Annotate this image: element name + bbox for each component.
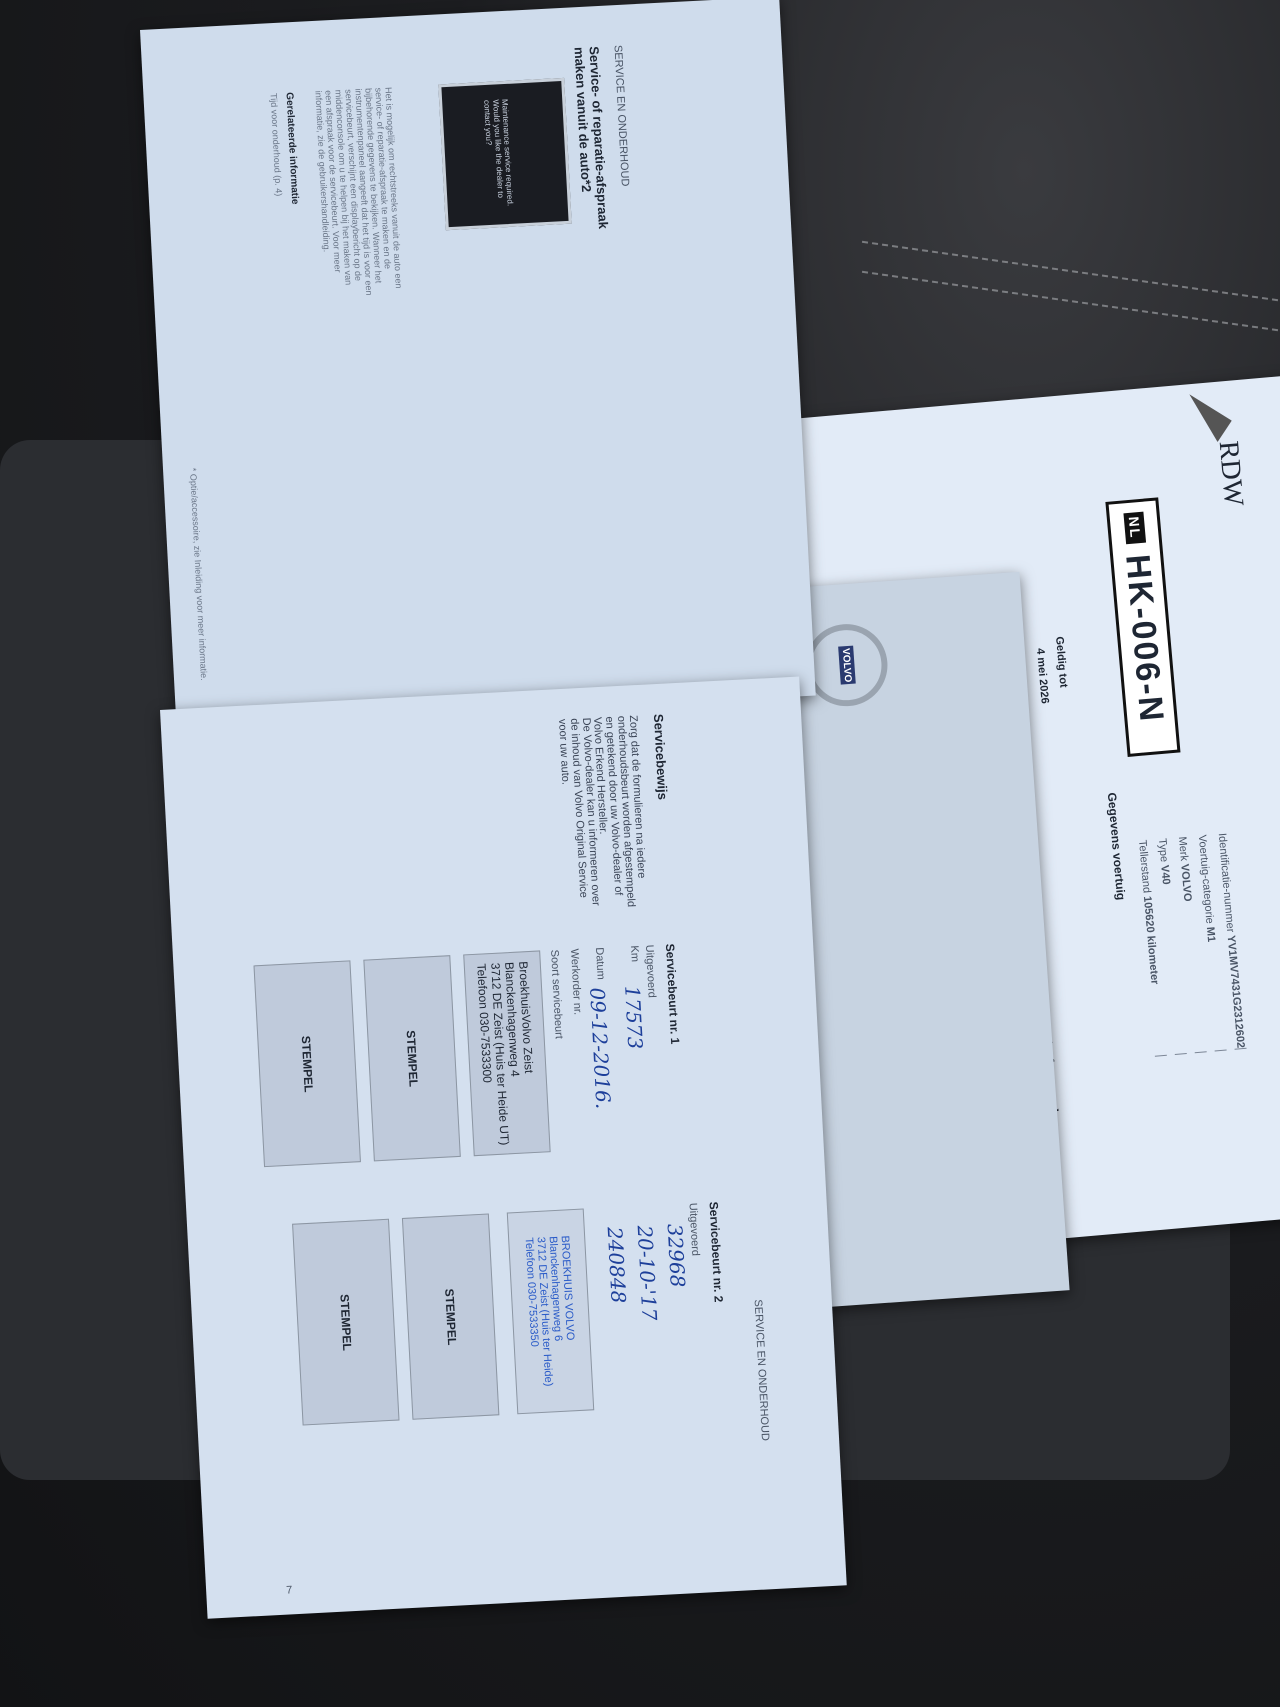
service-2-km: 32968 — [663, 1223, 690, 1288]
plate-country: NL — [1123, 512, 1146, 544]
booklet-page-top: SERVICE EN ONDERHOUD Service- of reparat… — [140, 0, 816, 729]
service-1-km: 17573 — [620, 985, 647, 1050]
infotainment-screen-image: Maintenance service required. Would you … — [438, 78, 571, 230]
page-header: SERVICE EN ONDERHOUD — [752, 1299, 771, 1441]
volvo-logo-icon: VOLVO — [803, 621, 891, 709]
page-number: 7 — [286, 1584, 293, 1596]
rdw-feather-logo-icon — [1189, 391, 1233, 444]
service-2-extra-stamp-box: STEMPEL — [402, 1213, 499, 1419]
service-1-dealer-stamp: BroekhuisVolvo Zeist Blanckenhagenweg 4 … — [463, 950, 550, 1156]
valid-until-label: Geldig tot — [1053, 636, 1069, 688]
service-2-date: 20-10-'17 — [633, 1225, 662, 1322]
plate-number: HK-006-N — [1118, 553, 1171, 725]
related-info-title: Gerelateerde informatie — [283, 92, 300, 205]
service-1-extra-stamp-box: STEMPEL — [363, 955, 460, 1161]
service-1-date: 09-12-2016. — [585, 987, 615, 1110]
related-info-link[interactable]: Tijd voor onderhoud (p. 4) — [268, 93, 283, 197]
valid-until-date: 4 mei 2026 — [1034, 648, 1051, 704]
body-text: Het is mogelijk om rechtstreeks vanuit d… — [313, 87, 404, 301]
service-1-remark-box: STEMPEL — [253, 960, 360, 1167]
service-2-work-order: 240848 — [603, 1226, 631, 1304]
service-2-dealer-stamp: BROEKHUIS VOLVO Blanckenhagenweg 6 3712 … — [507, 1209, 594, 1415]
page-header: SERVICE EN ONDERHOUD — [611, 45, 630, 187]
footnote: * Optie/accessoire, zie Inleiding voor m… — [188, 468, 209, 681]
service-2-remark-box: STEMPEL — [292, 1219, 399, 1426]
rdw-brand: RDW — [1212, 440, 1250, 508]
vehicle-fields: Identificatie-nummer YV1MV7431G2312602 V… — [1040, 833, 1246, 1065]
servicebewijs-title: Servicebewijs — [651, 714, 670, 801]
license-plate: NL HK-006-N — [1105, 497, 1180, 757]
section-title: Service- of reparatie-afspraak maken van… — [572, 46, 613, 267]
booklet-page-bottom: SERVICE EN ONDERHOUD 7 Servicebewijs Zor… — [160, 677, 847, 1619]
